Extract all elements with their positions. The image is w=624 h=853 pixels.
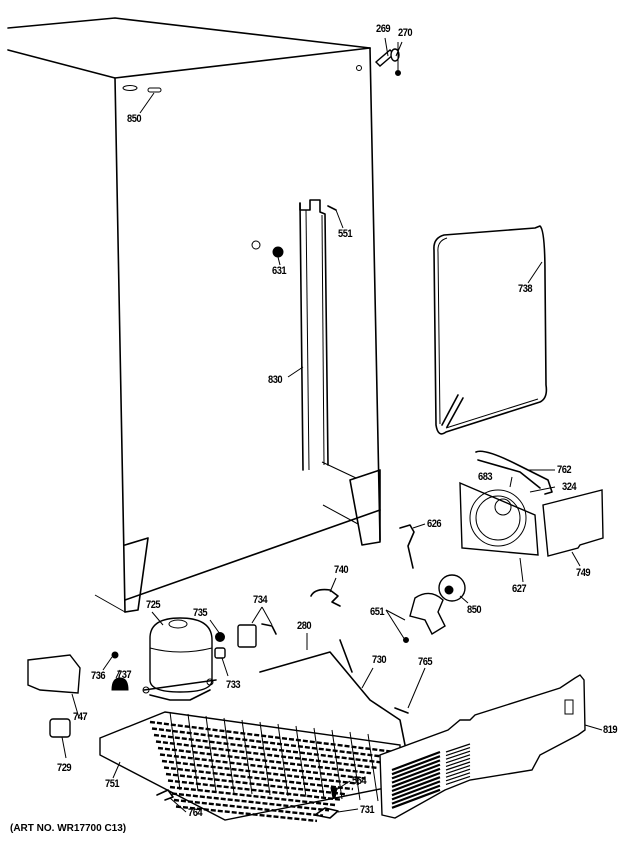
- overload-734: [238, 625, 256, 647]
- part-label-737: 737: [117, 670, 131, 681]
- part-729: [50, 719, 70, 737]
- part-label-631: 631: [272, 266, 286, 277]
- part-label-725: 725: [146, 600, 160, 611]
- part-label-819: 819: [603, 725, 617, 736]
- heater-loop: [434, 226, 546, 434]
- part-label-740: 740: [334, 565, 348, 576]
- parts-diagram: [0, 0, 624, 853]
- part-label-731: 731: [360, 805, 374, 816]
- part-label-733: 733: [226, 680, 240, 691]
- bracket-747: [28, 655, 80, 693]
- part-label-270: 270: [398, 28, 412, 39]
- part-label-751: 751: [105, 779, 119, 790]
- compressor: [143, 618, 216, 700]
- part-label-850-fan: 850: [467, 605, 481, 616]
- cabinet: [8, 18, 380, 612]
- part-label-738: 738: [518, 284, 532, 295]
- clip: [311, 590, 340, 606]
- part-label-765: 765: [418, 657, 432, 668]
- leader-lines: [62, 38, 602, 812]
- condenser-coil: [100, 640, 405, 821]
- part-label-730: 730: [372, 655, 386, 666]
- part-label-749: 749: [576, 568, 590, 579]
- part-label-735: 735: [193, 608, 207, 619]
- part-label-269: 269: [376, 24, 390, 35]
- part-label-564: 564: [352, 776, 366, 787]
- part-label-651: 651: [370, 607, 384, 618]
- part-label-850-top: 850: [127, 114, 141, 125]
- part-label-280: 280: [297, 621, 311, 632]
- relay-733: [215, 648, 225, 658]
- part-label-734: 734: [253, 595, 267, 606]
- part-label-729: 729: [57, 763, 71, 774]
- evaporator-fan-assembly: [400, 451, 603, 642]
- part-label-830: 830: [268, 375, 282, 386]
- part-label-736: 736: [91, 671, 105, 682]
- part-label-627: 627: [512, 584, 526, 595]
- part-label-764: 764: [188, 808, 202, 819]
- art-number: (ART NO. WR17700 C13): [10, 823, 126, 834]
- part-label-683: 683: [478, 472, 492, 483]
- part-label-324: 324: [562, 482, 576, 493]
- part-label-626: 626: [427, 519, 441, 530]
- grille-819: [380, 675, 585, 818]
- part-label-551: 551: [338, 229, 352, 240]
- clip-734: [262, 624, 276, 634]
- part-label-762: 762: [557, 465, 571, 476]
- part-765: [395, 708, 408, 713]
- part-736: [112, 652, 118, 658]
- part-label-747: 747: [73, 712, 87, 723]
